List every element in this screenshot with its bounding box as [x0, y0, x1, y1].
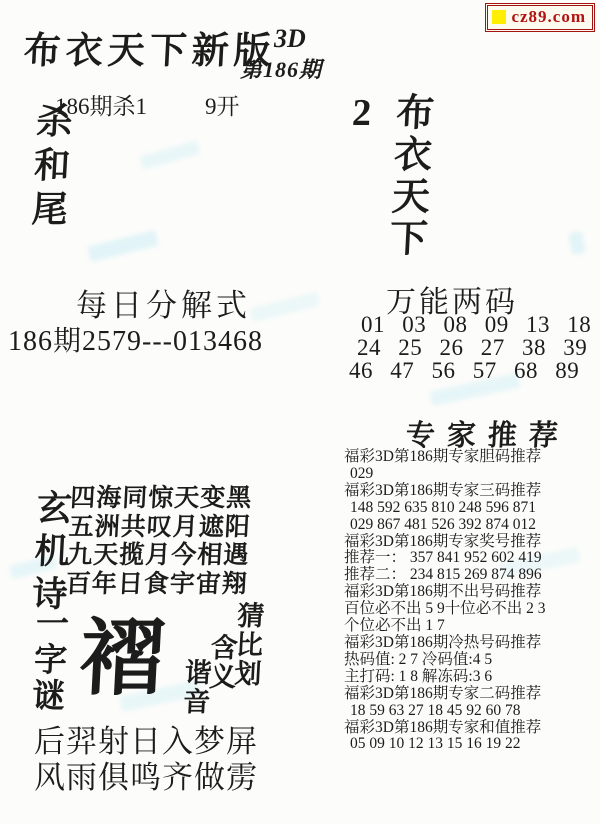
- buyi-tianxia-vertical-label: 布衣天下2: [331, 92, 440, 277]
- spacer: [147, 88, 205, 121]
- watermark-smudge: [249, 292, 320, 323]
- expert-line: 148 592 635 810 248 596 871: [344, 500, 598, 517]
- expert-line: 福彩3D第186期专家三码推荐: [344, 483, 598, 500]
- watermark-smudge: [568, 231, 586, 255]
- kill-tail-vertical-label: 杀和尾: [20, 102, 79, 252]
- site-badge-label[interactable]: cz89.com: [511, 7, 586, 27]
- expert-line: 福彩3D第186期专家二码推荐: [344, 686, 598, 703]
- expert-line: 029: [344, 466, 598, 483]
- watermark-smudge: [139, 140, 201, 170]
- poem-line: 四海同惊天变黑: [69, 485, 253, 514]
- daily-decomposition-formula: 186期2579---013468: [8, 319, 263, 359]
- watermark-smudge: [87, 230, 159, 262]
- expert-line: 推荐一： 357 841 952 602 419: [344, 550, 598, 567]
- riddle-hint-strokes: 猜比划: [226, 601, 270, 688]
- expert-line: 福彩3D第186期冷热号码推荐: [344, 635, 598, 652]
- site-badge-frame: cz89.com: [487, 5, 593, 30]
- edition-label: 3D: [274, 24, 306, 54]
- expert-line: 主打码: 1 8 解冻码:3 6: [344, 669, 598, 686]
- mystery-poem-block: 四海同惊天变黑 五洲共叹月遮阳 九天揽月今相遇 百年日食宇宙翔: [65, 485, 253, 599]
- expert-line: 18 59 63 27 18 45 92 60 78: [344, 703, 598, 720]
- expert-line: 福彩3D第186期专家胆码推荐: [344, 449, 598, 466]
- expert-line: 福彩3D第186期专家和值推荐: [344, 720, 598, 737]
- bottom-poem-line: 后羿射日入梦屏: [34, 724, 258, 760]
- kill-open-line: 186期杀1 9开: [55, 88, 240, 121]
- lottery-tip-sheet: cz89.com 布衣天下新版 3D 第186期 186期杀1 9开 杀和尾 布…: [0, 0, 600, 824]
- expert-line: 029 867 481 526 392 874 012: [344, 517, 598, 534]
- expert-recommendation-block: 福彩3D第186期专家胆码推荐 029 福彩3D第186期专家三码推荐 148 …: [344, 449, 598, 753]
- poem-line: 九天揽月今相遇: [67, 542, 251, 571]
- bottom-poem-block: 后羿射日入梦屏 风雨俱鸣齐做雳: [34, 724, 258, 796]
- two-codes-row-3: 46 47 56 57 68 89: [349, 358, 579, 384]
- poem-line: 五洲共叹月遮阳: [68, 514, 252, 543]
- bottom-poem-line: 风雨俱鸣齐做雳: [34, 760, 258, 796]
- riddle-big-character: 褶: [78, 618, 166, 702]
- open-text: 9开: [205, 88, 240, 121]
- expert-line: 福彩3D第186期不出号码推荐: [344, 584, 598, 601]
- issue-number: 第186期: [240, 53, 322, 84]
- yellow-square-icon: [492, 10, 506, 24]
- expert-line: 05 09 10 12 13 15 16 19 22: [344, 736, 598, 753]
- expert-line: 个位必不出 1 7: [344, 618, 598, 635]
- site-badge[interactable]: cz89.com: [485, 3, 595, 32]
- expert-line: 推荐二： 234 815 269 874 896: [344, 567, 598, 584]
- expert-line: 百位必不出 5 9十位必不出 2 3: [344, 601, 598, 618]
- expert-line: 热码值: 2 7 冷码值:4 5: [344, 652, 598, 669]
- expert-line: 福彩3D第186期专家奖号推荐: [344, 534, 598, 551]
- one-char-riddle-title: 一字谜: [21, 606, 74, 716]
- poem-line: 百年日食宇宙翔: [65, 571, 249, 600]
